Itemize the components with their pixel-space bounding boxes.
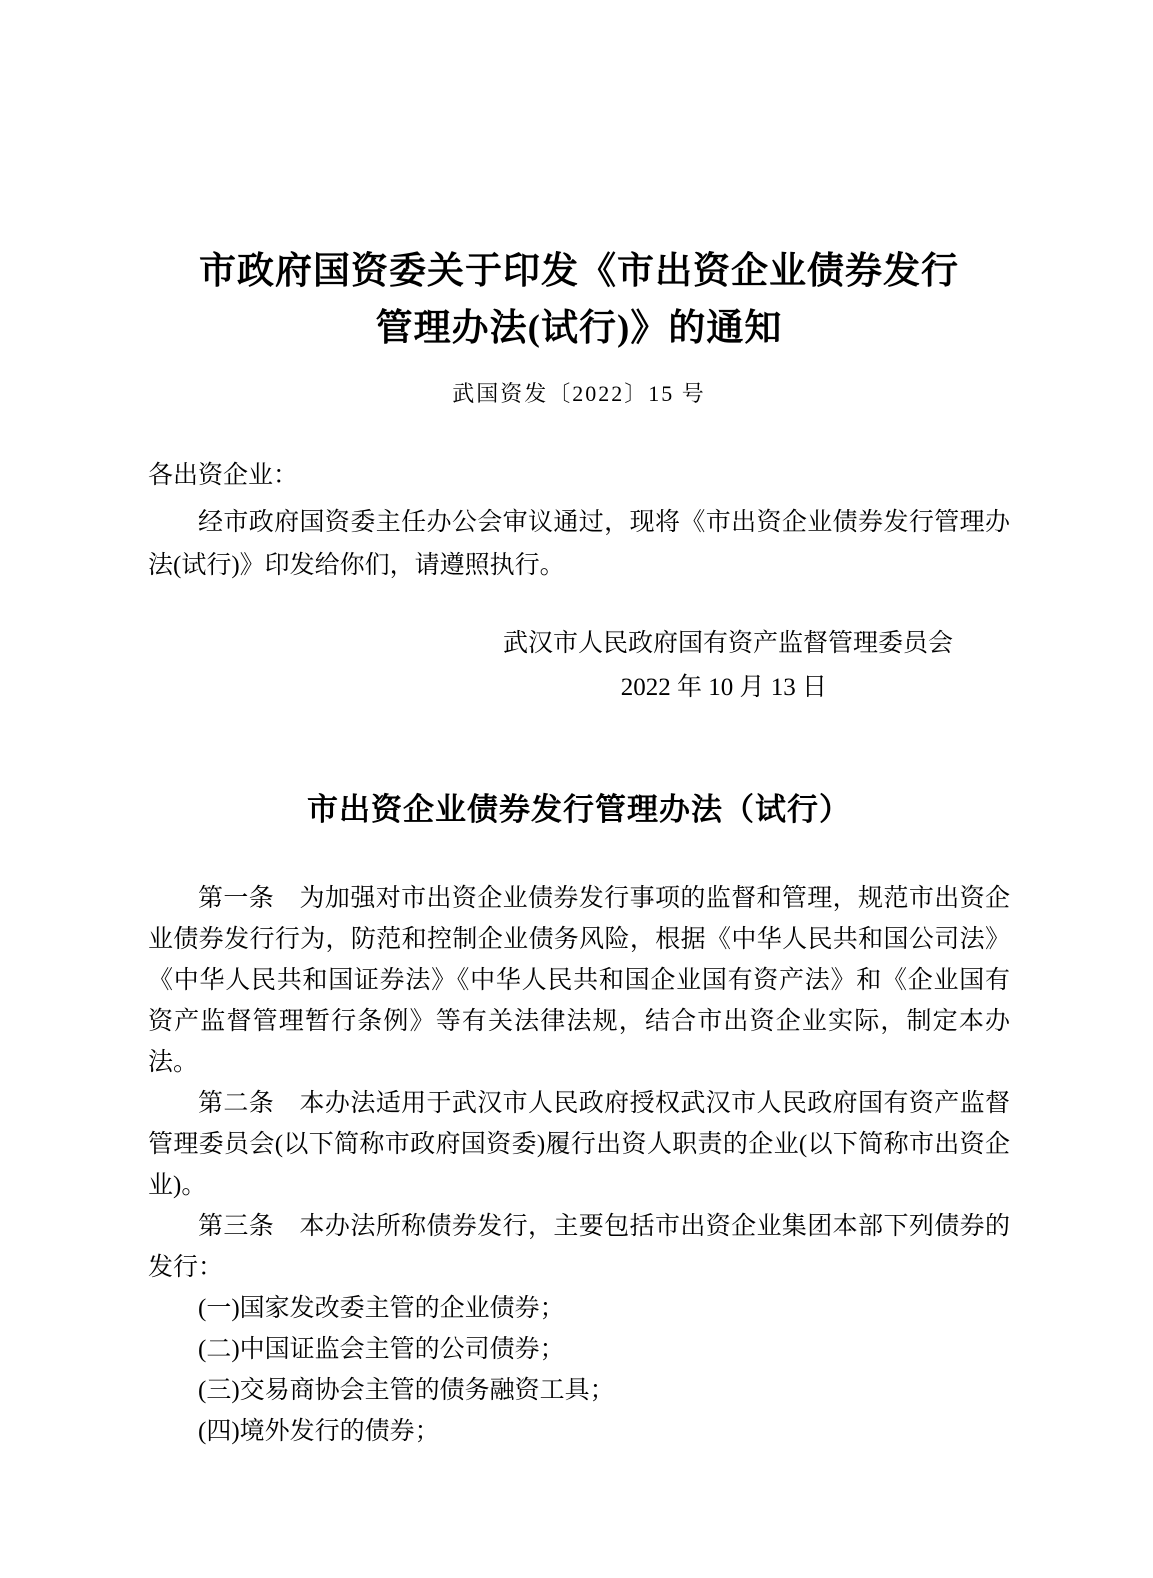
regulation-body: 第一条 为加强对市出资企业债券发行事项的监督和管理，规范市出资企业债券发行行为，… (148, 878, 1010, 1452)
signature-block: 武汉市人民政府国有资产监督管理委员会 2022 年 10 月 13 日 (148, 622, 1010, 710)
doc-number: 武国资发〔2022〕15 号 (148, 379, 1010, 409)
article-paragraph: (一)国家发改委主管的企业债券； (148, 1288, 1010, 1329)
article-paragraph: 第二条 本办法适用于武汉市人民政府授权武汉市人民政府国有资产监督管理委员会(以下… (148, 1083, 1010, 1206)
document-title: 市政府国资委关于印发《市出资企业债券发行 管理办法(试行)》的通知 (148, 243, 1010, 357)
salutation: 各出资企业： (148, 459, 1010, 493)
document-title-line-1: 市政府国资委关于印发《市出资企业债券发行 (148, 243, 1010, 300)
document-page: 市政府国资委关于印发《市出资企业债券发行 管理办法(试行)》的通知 武国资发〔2… (0, 0, 1153, 1578)
document-title-line-2: 管理办法(试行)》的通知 (148, 300, 1010, 357)
article-paragraph: 第一条 为加强对市出资企业债券发行事项的监督和管理，规范市出资企业债券发行行为，… (148, 878, 1010, 1083)
article-paragraph: (三)交易商协会主管的债务融资工具； (148, 1370, 1010, 1411)
signer-name: 武汉市人民政府国有资产监督管理委员会 (148, 622, 1010, 666)
article-paragraph: (四)境外发行的债券； (148, 1411, 1010, 1452)
regulation-title: 市出资企业债券发行管理办法（试行） (148, 790, 1010, 830)
article-paragraph: (二)中国证监会主管的公司债券； (148, 1329, 1010, 1370)
signature-date: 2022 年 10 月 13 日 (148, 666, 1010, 710)
intro-paragraph: 经市政府国资委主任办公会审议通过，现将《市出资企业债券发行管理办法(试行)》印发… (148, 501, 1010, 587)
article-paragraph: 第三条 本办法所称债券发行，主要包括市出资企业集团本部下列债券的发行： (148, 1206, 1010, 1288)
